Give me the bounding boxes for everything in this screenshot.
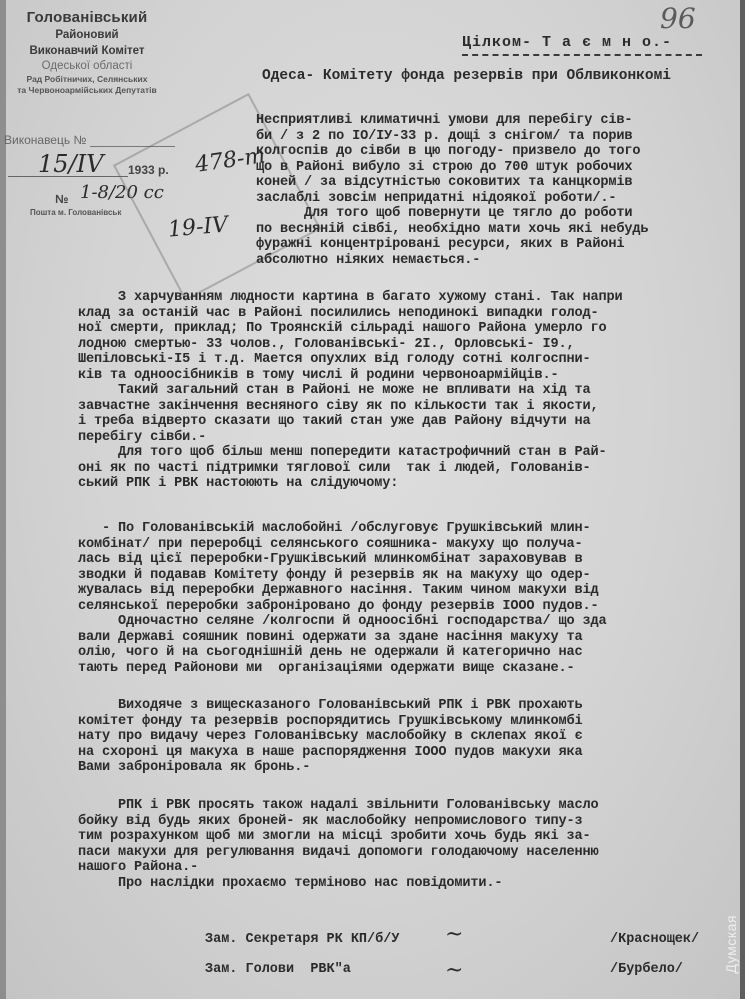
handwritten-date: 15/IV (38, 150, 103, 178)
paragraph-weather-livestock: Несприятливі климатичні умови для перебі… (256, 113, 648, 268)
number-label: № (55, 192, 68, 206)
letterhead-line: Одеської області (2, 59, 172, 74)
addressee: Одеса- Комітету фонда резервів при Облви… (262, 68, 671, 84)
scan-left-edge (0, 0, 6, 999)
stamp-incoming-date: 19-IV (167, 212, 229, 242)
signature-title-head: Зам. Голови РВК"а (205, 962, 351, 977)
letterhead-line: Голованівський (2, 8, 172, 27)
outgoing-label: Виконавець № (4, 133, 86, 147)
classification-label: Цілком- Т а є м н о.- (462, 34, 672, 51)
scan-right-edge (740, 0, 745, 999)
letterhead-line: та Червоноармійських Депутатів (2, 85, 172, 96)
handwritten-signature-2: ~ (445, 958, 463, 983)
signature-name-secretary: /Краснощек/ (610, 932, 699, 947)
letterhead-footer: Пошта м. Голованівськ (30, 208, 121, 217)
paragraph-oil-mill: - По Голованівській маслобойні /обслугов… (78, 521, 607, 676)
letterhead-line: Виконавчий Комітет (2, 43, 172, 59)
paragraph-request-release: Виходяче з вищесказаного Голованівський … (78, 698, 582, 776)
underline (8, 176, 128, 177)
letterhead-line: Рад Робітничих, Селянських (2, 74, 172, 85)
classification-underline (462, 54, 702, 56)
signature-name-head: /Бурбело/ (610, 962, 683, 977)
archive-page-number: 96 (660, 2, 696, 35)
letterhead-line: Районовий (2, 27, 172, 43)
signature-title-secretary: Зам. Секретаря РК КП/б/У (205, 932, 399, 947)
source-watermark: Думская (723, 915, 739, 974)
letterhead-stamp: Голованівський Районовий Виконавчий Комі… (2, 8, 172, 96)
handwritten-signature-1: ~ (445, 922, 463, 947)
document-page: 96 Голованівський Районовий Виконавчий К… (0, 0, 745, 999)
paragraph-famine-deaths: З харчуванням людности картина в багато … (78, 290, 623, 492)
paragraph-request-exemption: РПК і РВК просять також надалі звільнити… (78, 798, 599, 891)
